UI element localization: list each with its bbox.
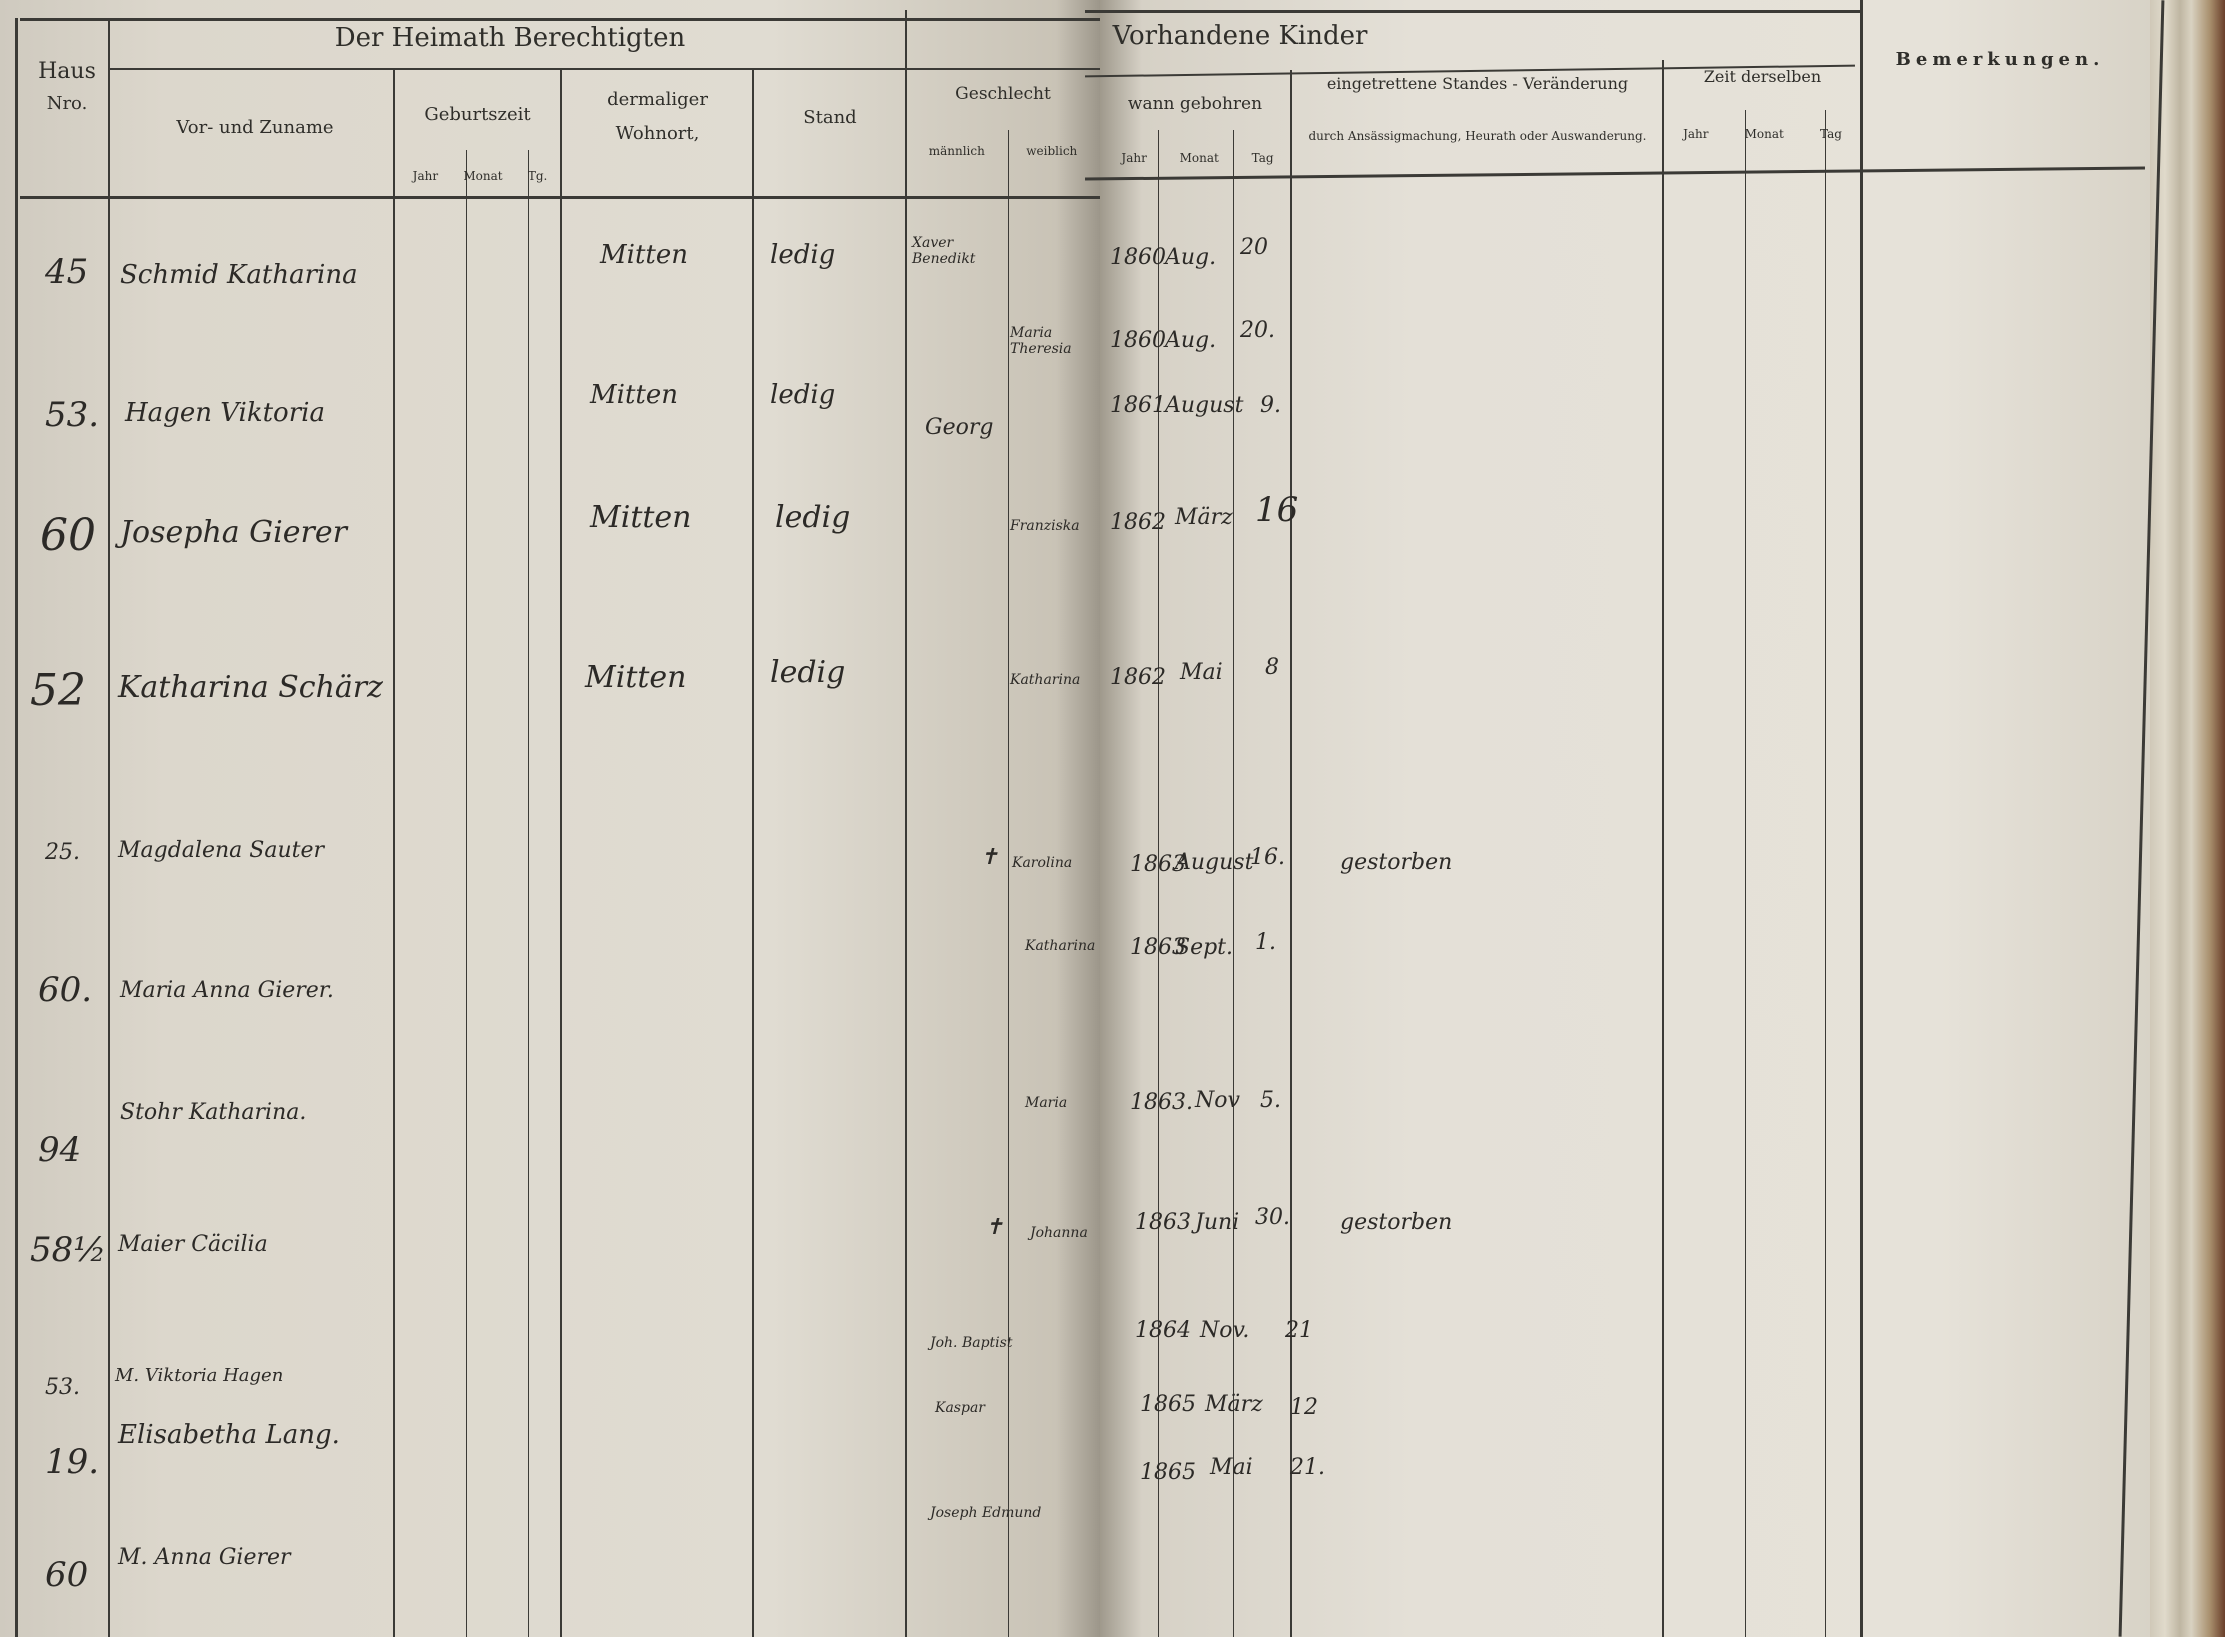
col-header-geburtszeit-sub: Jahr Monat Tg. xyxy=(400,170,560,183)
row-name: Josepha Gierer xyxy=(120,515,347,550)
row-jahr: 1860 xyxy=(1110,245,1166,270)
right-title-prefix: Vor xyxy=(1113,21,1157,51)
row-jahr: 1862 xyxy=(1110,510,1166,535)
row-weiblich: Katharina xyxy=(1010,672,1080,688)
row-stand: ledig xyxy=(770,655,845,690)
sub-tag: Tg. xyxy=(528,170,548,183)
col-rule-haus xyxy=(108,18,110,1637)
sub-jahr-kind: Jahr xyxy=(1121,152,1146,165)
row-stand: ledig xyxy=(775,500,850,535)
row-name: Maria Anna Gierer. xyxy=(120,978,334,1003)
col-rule-zeit-monat xyxy=(1825,110,1826,1637)
col-header-standes-veraenderung-sub: durch Ansässigmachung, Heurath oder Ausw… xyxy=(1300,130,1655,143)
wohnort-line1: dermaliger xyxy=(565,90,750,110)
row-haus: 53. xyxy=(45,395,99,435)
col-header-geschlecht: Geschlecht xyxy=(908,85,1098,104)
row-maennlich: Joh. Baptist xyxy=(930,1335,1012,1351)
col-header-stand: Stand xyxy=(755,108,905,128)
sub-monat: Monat xyxy=(463,170,502,183)
row-jahr: 1863 xyxy=(1135,1210,1191,1235)
row-monat: August xyxy=(1165,393,1243,418)
col-rule-name xyxy=(393,70,395,1637)
row-tag: 20 xyxy=(1240,235,1268,260)
col-header-wohnort: dermaliger Wohnort, xyxy=(565,90,750,144)
row-weiblich: Karolina xyxy=(1012,855,1072,871)
header-top-rule xyxy=(20,18,1100,21)
row-tag: 20. xyxy=(1240,318,1275,343)
row-monat: März xyxy=(1205,1392,1263,1417)
row-tag: 8 xyxy=(1265,655,1279,680)
col-rule-veraenderung xyxy=(1662,60,1664,1637)
row-jahr: 1860 xyxy=(1110,328,1166,353)
left-section-title: Der Heimath Berechtigten xyxy=(300,24,720,53)
row-name: Schmid Katharina xyxy=(120,260,358,290)
row-weiblich: Johanna xyxy=(1030,1225,1088,1241)
col-rule-wohnort xyxy=(752,70,754,1637)
col-header-zeit-derselben: Zeit derselben xyxy=(1665,68,1860,86)
col-rule-bemerkungen xyxy=(1860,0,1863,1637)
row-monat: März xyxy=(1175,505,1233,530)
row-name: Maier Cäcilia xyxy=(118,1232,268,1257)
row-name: M. Viktoria Hagen xyxy=(115,1365,283,1386)
sub-zeit-jahr: Jahr xyxy=(1683,128,1708,141)
header-haus-nro: Haus Nro. xyxy=(28,60,106,114)
row-tag: 12 xyxy=(1290,1395,1318,1420)
sub-tag-kind: Tag xyxy=(1252,152,1274,165)
sub-weiblich: weiblich xyxy=(1026,145,1077,158)
header-haus: Haus xyxy=(28,60,106,84)
sub-maennlich: männlich xyxy=(929,145,985,158)
col-rule-stand xyxy=(905,10,907,1637)
col-rule-geschlecht xyxy=(1008,130,1009,1637)
row-haus: 25. xyxy=(45,840,80,865)
row-haus: 53. xyxy=(45,1375,80,1400)
row-wohnort: Mitten xyxy=(590,380,678,410)
row-name: Magdalena Sauter xyxy=(118,838,324,863)
row-wohnort: Mitten xyxy=(590,500,692,535)
row-tag: 30. xyxy=(1255,1205,1290,1230)
row-jahr: 1863. xyxy=(1130,1090,1193,1115)
row-name: Elisabetha Lang. xyxy=(118,1420,340,1450)
col-header-wann-gebohren-sub: Jahr Monat Tag xyxy=(1105,152,1290,165)
row-veraenderung: gestorben xyxy=(1340,850,1452,875)
row-monat: Aug. xyxy=(1165,328,1216,353)
register-book-spread: Haus Nro. Der Heimath Berechtigten Vor- … xyxy=(0,0,2225,1637)
row-haus: 52 xyxy=(30,665,86,716)
row-monat: August xyxy=(1175,850,1253,875)
row-maennlich: Georg xyxy=(925,415,993,440)
row-veraenderung: gestorben xyxy=(1340,1210,1452,1235)
row-monat: Sept. xyxy=(1175,935,1233,960)
wohnort-line2: Wohnort, xyxy=(565,124,750,144)
row-tag: 16 xyxy=(1255,490,1298,530)
col-rule-zeit-jahr xyxy=(1745,110,1746,1637)
row-haus: 45 xyxy=(45,252,88,292)
row-jahr: 1862 xyxy=(1110,665,1166,690)
sub-monat-kind: Monat xyxy=(1180,152,1219,165)
row-monat: Nov. xyxy=(1200,1318,1249,1343)
right-title-main: handene Kinder xyxy=(1157,21,1367,51)
row-tag: 21 xyxy=(1285,1318,1313,1343)
header-top-rule-right xyxy=(1085,10,1860,13)
row-haus: 60 xyxy=(45,1555,88,1595)
row-haus: 19. xyxy=(45,1442,99,1482)
row-weiblich: Franziska xyxy=(1010,518,1080,534)
row-jahr: 1865 xyxy=(1140,1392,1196,1417)
row-tag: 9. xyxy=(1260,393,1281,418)
col-rule-monat xyxy=(528,150,529,1637)
row-jahr: 1865 xyxy=(1140,1460,1196,1485)
row-wohnort: Mitten xyxy=(585,660,687,695)
row-stand: ledig xyxy=(770,240,835,270)
row-maennlich: Kaspar xyxy=(935,1400,985,1416)
col-header-wann-gebohren: wann gebohren xyxy=(1100,95,1290,114)
sub-zeit-tag: Tag xyxy=(1820,128,1842,141)
row-haus: 94 xyxy=(38,1130,81,1170)
row-weiblich: Maria xyxy=(1025,1095,1067,1111)
col-rule-geburt xyxy=(560,70,562,1637)
row-monat: Juni xyxy=(1195,1210,1239,1235)
row-haus: 60. xyxy=(38,970,92,1010)
row-tag: 1. xyxy=(1255,930,1276,955)
book-edge xyxy=(2150,0,2225,1637)
row-name: M. Anna Gierer xyxy=(118,1545,291,1570)
row-name: Katharina Schärz xyxy=(118,670,383,705)
col-header-standes-veraenderung: eingetrettene Standes - Veränderung xyxy=(1295,75,1660,93)
header-nro: Nro. xyxy=(28,94,106,114)
row-maennlich: Joseph Edmund xyxy=(930,1505,1041,1521)
col-header-geburtszeit: Geburtszeit xyxy=(395,105,560,125)
row-monat: Mai xyxy=(1180,660,1223,685)
row-stand: ledig xyxy=(770,380,835,410)
right-section-title: Vorhandene Kinder xyxy=(1060,22,1420,51)
row-maennlich: ✝ xyxy=(980,845,998,870)
row-weiblich: Katharina xyxy=(1025,938,1095,954)
row-jahr: 1864 xyxy=(1135,1318,1191,1343)
row-monat: Mai xyxy=(1210,1455,1253,1480)
row-tag: 5. xyxy=(1260,1088,1281,1113)
title-rule-left xyxy=(110,68,1100,70)
row-maennlich: Xaver Benedikt xyxy=(912,235,1007,267)
row-haus: 60 xyxy=(40,510,96,561)
margin-rule xyxy=(15,18,18,1637)
row-name: Hagen Viktoria xyxy=(125,398,325,428)
row-monat: Aug. xyxy=(1165,245,1216,270)
col-header-name: Vor- und Zuname xyxy=(120,118,390,138)
row-weiblich: Maria Theresia xyxy=(1010,325,1100,357)
sub-zeit-monat: Monat xyxy=(1745,128,1784,141)
row-monat: Nov xyxy=(1195,1088,1240,1113)
col-header-bemerkungen: Bemerkungen. xyxy=(1870,50,2130,70)
col-header-zeit-derselben-sub: Jahr Monat Tag xyxy=(1665,128,1860,141)
col-rule-jahr xyxy=(466,150,467,1637)
sub-jahr: Jahr xyxy=(413,170,438,183)
row-tag: 21. xyxy=(1290,1455,1325,1480)
row-jahr: 1861 xyxy=(1110,393,1166,418)
col-header-geschlecht-sub: männlich weiblich xyxy=(908,145,1098,158)
row-wohnort: Mitten xyxy=(600,240,688,270)
row-tag: 16. xyxy=(1250,845,1285,870)
row-maennlich: ✝ xyxy=(985,1215,1003,1240)
row-name: Stohr Katharina. xyxy=(120,1100,306,1125)
row-haus: 58½ xyxy=(30,1230,106,1270)
